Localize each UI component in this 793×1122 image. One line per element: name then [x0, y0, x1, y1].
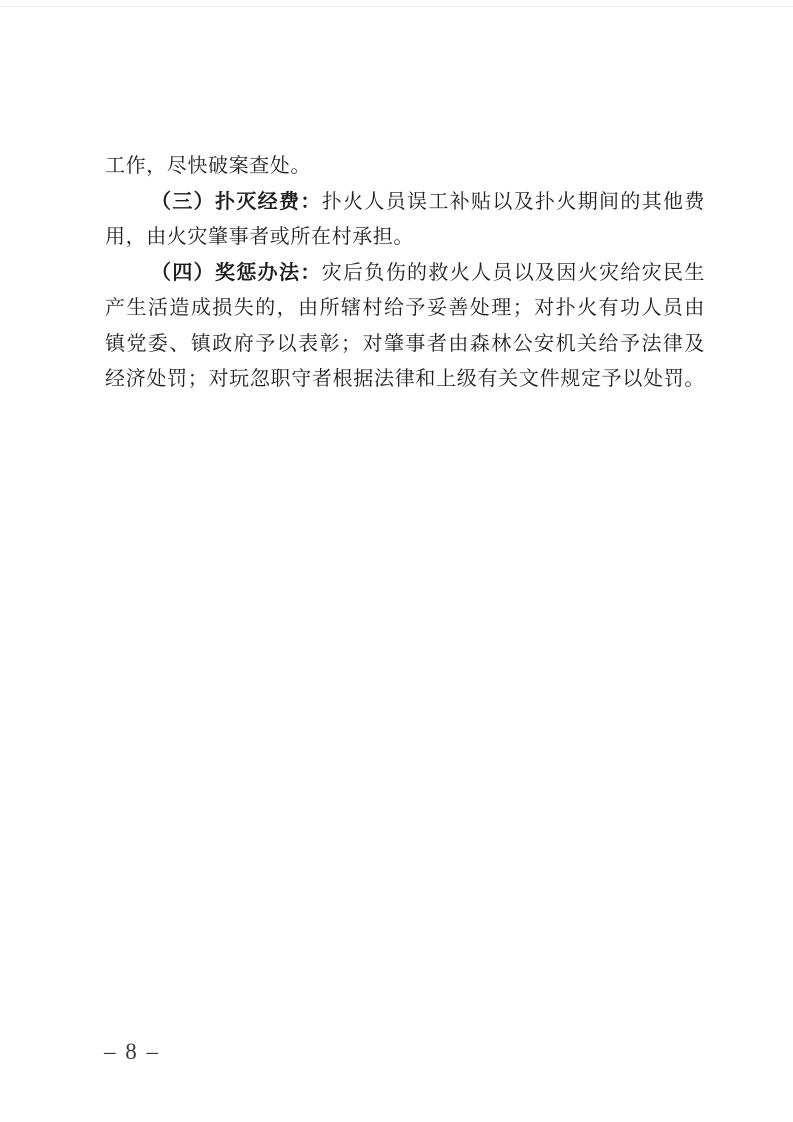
paragraph-lead: （四）奖惩办法：: [151, 262, 322, 284]
document-page: 工作，尽快破案查处。 （三）扑灭经费：扑火人员误工补贴以及扑火期间的其他费 用，…: [0, 0, 793, 1122]
body-line-text: 扑火人员误工补贴以及扑火期间的其他费: [322, 191, 705, 213]
body-line: （三）扑灭经费：扑火人员误工补贴以及扑火期间的其他费: [105, 185, 705, 221]
body-line-text: 灾后负伤的救火人员以及因火灾给灾民生: [322, 262, 705, 284]
scan-artifact-line: [0, 6, 793, 7]
page-number: – 8 –: [104, 1039, 160, 1065]
body-line-text: 经济处罚；对玩忽职守者根据法律和上级有关文件规定予以处罚。: [105, 368, 705, 390]
body-line-text: 工作，尽快破案查处。: [105, 155, 311, 177]
body-line-text: 用，由火灾肇事者或所在村承担。: [105, 226, 414, 248]
body-line: 工作，尽快破案查处。: [105, 149, 705, 185]
body-line: 经济处罚；对玩忽职守者根据法律和上级有关文件规定予以处罚。: [105, 362, 705, 398]
paragraph-lead: （三）扑灭经费：: [151, 191, 322, 213]
body-line: 用，由火灾肇事者或所在村承担。: [105, 220, 705, 256]
body-line: （四）奖惩办法：灾后负伤的救火人员以及因火灾给灾民生: [105, 256, 705, 292]
body-line: 镇党委、镇政府予以表彰；对肇事者由森林公安机关给予法律及: [105, 327, 705, 363]
body-line-text: 产生活造成损失的，由所辖村给予妥善处理；对扑火有功人员由: [105, 297, 705, 319]
body-text: 工作，尽快破案查处。 （三）扑灭经费：扑火人员误工补贴以及扑火期间的其他费 用，…: [105, 149, 705, 398]
body-line-text: 镇党委、镇政府予以表彰；对肇事者由森林公安机关给予法律及: [105, 333, 705, 355]
body-line: 产生活造成损失的，由所辖村给予妥善处理；对扑火有功人员由: [105, 291, 705, 327]
